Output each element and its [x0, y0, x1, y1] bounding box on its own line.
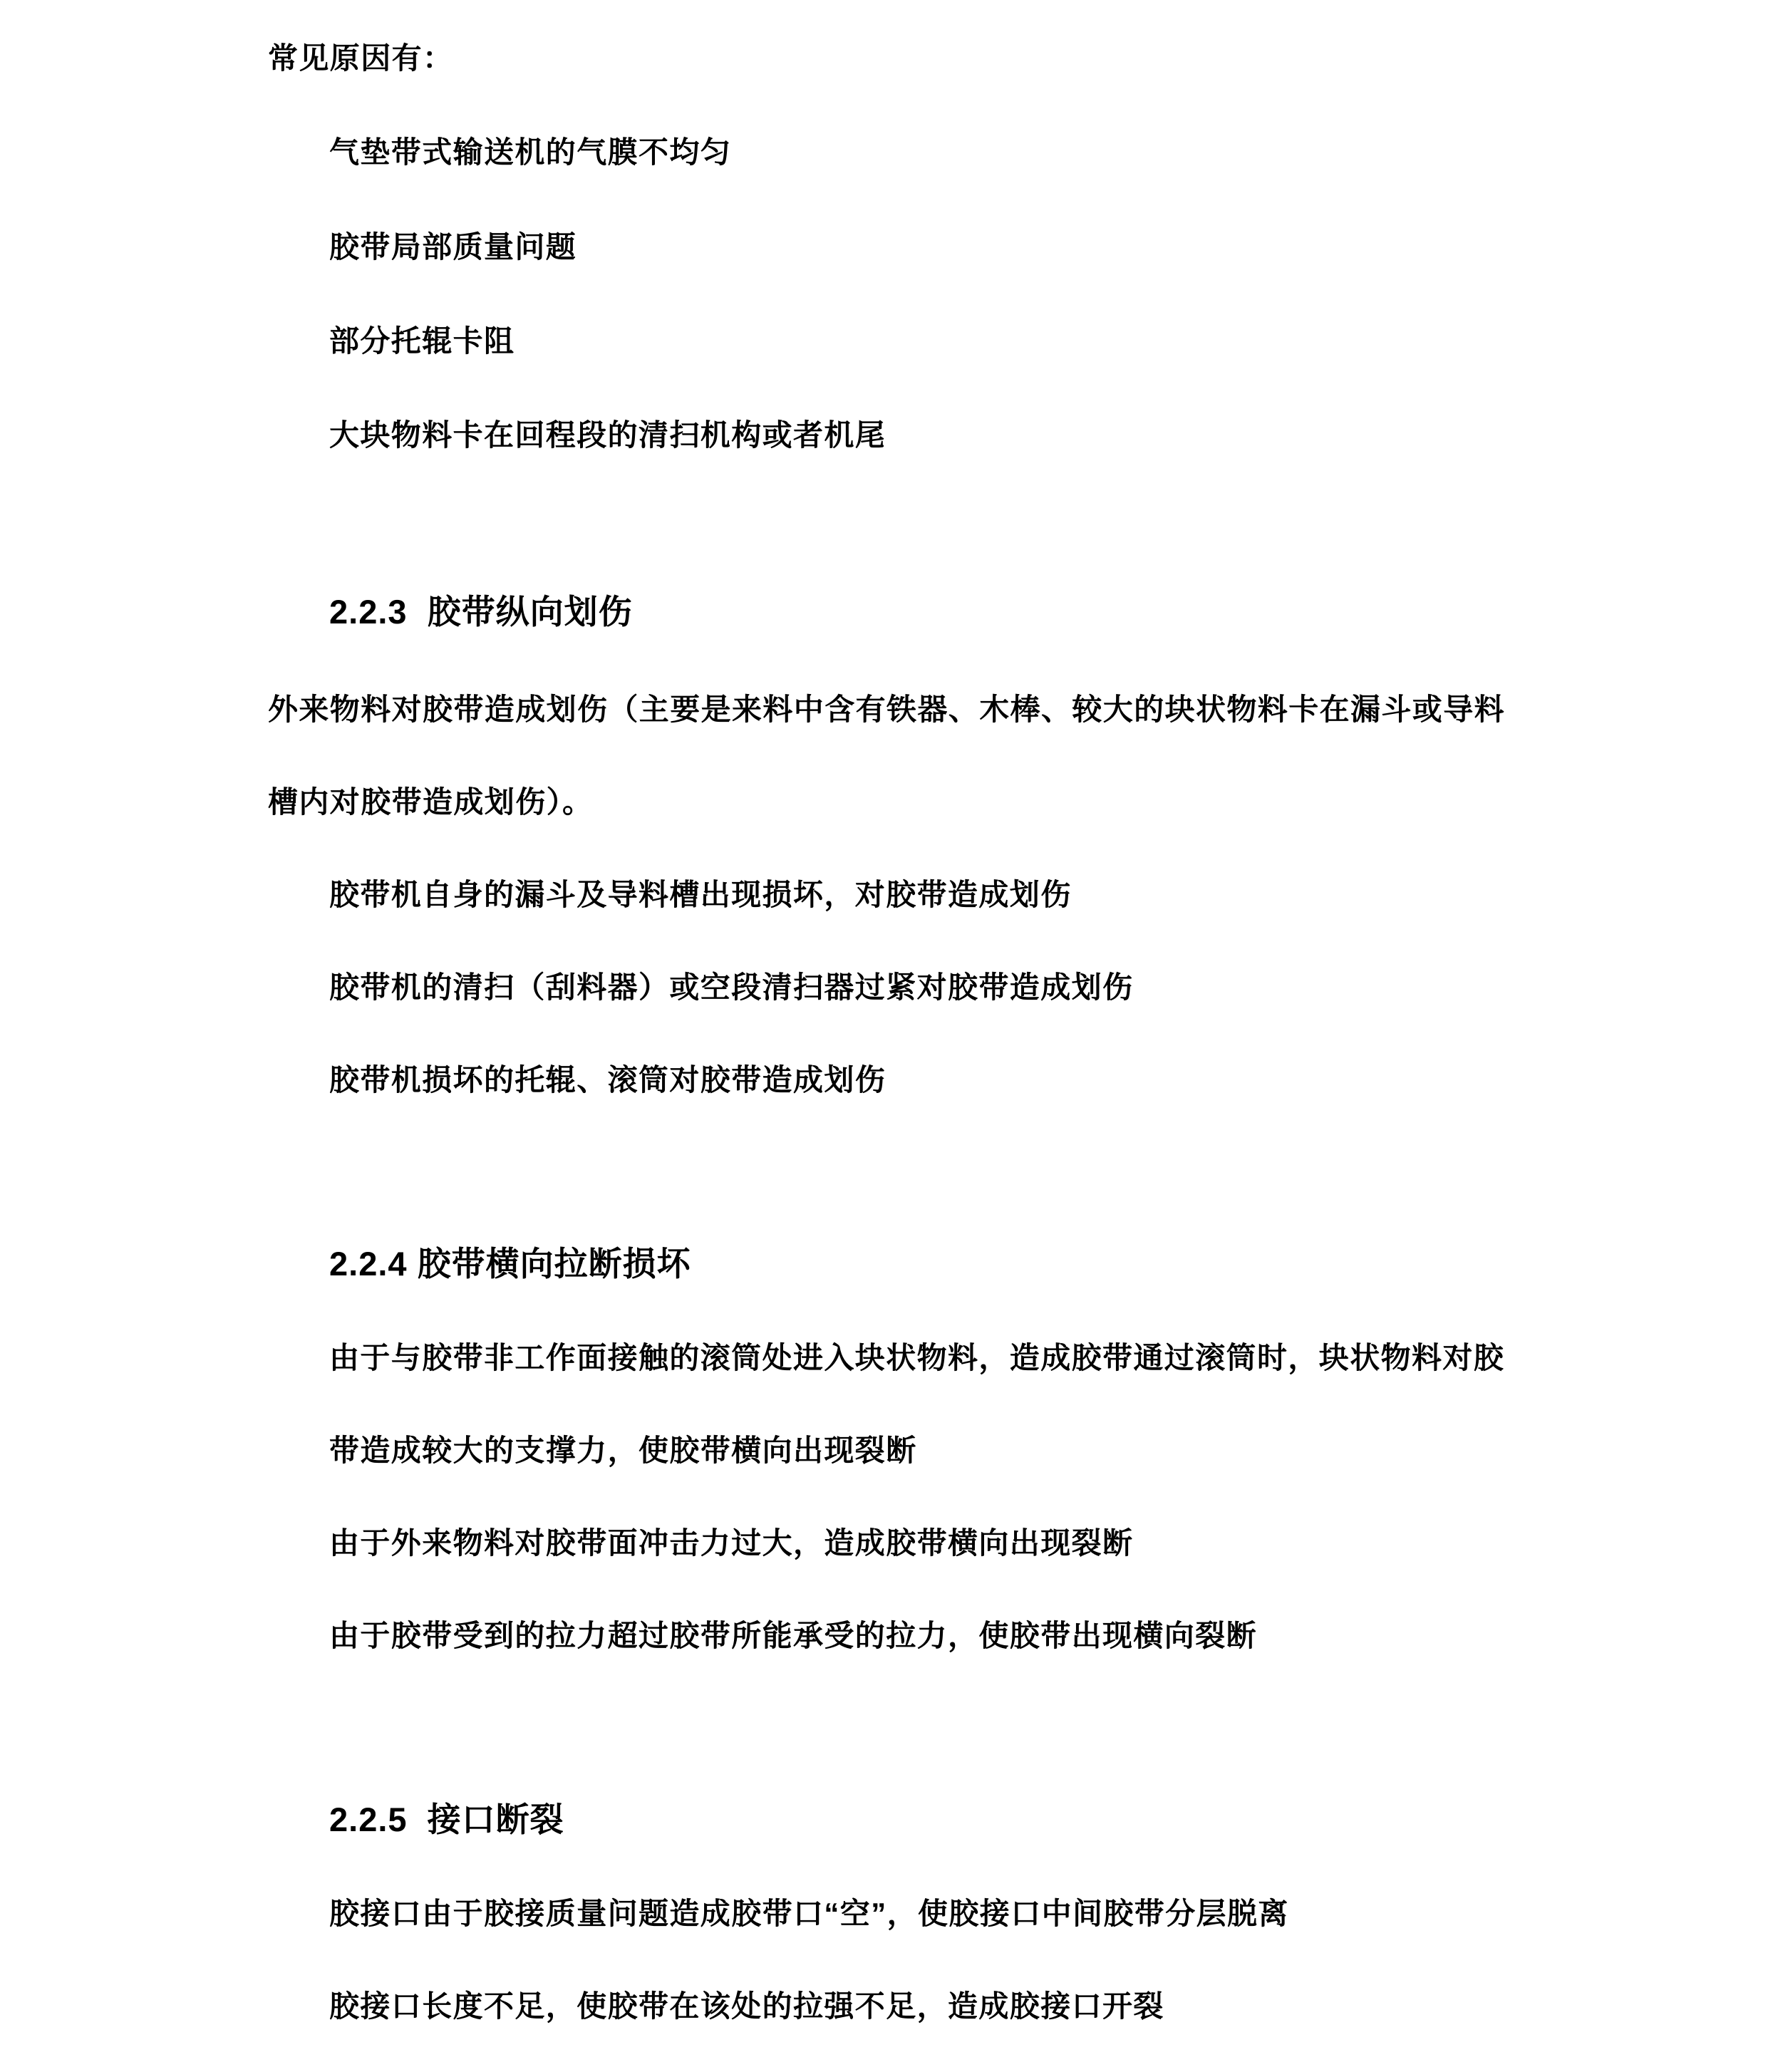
section-2-2-3-item-3: 胶带机损坏的托辊、滚筒对胶带造成划伤 — [329, 1064, 886, 1096]
section-heading-2-2-4: 2.2.4 胶带横向拉断损坏 — [329, 1246, 691, 1283]
cause-item-4: 大块物料卡在回程段的清扫机构或者机尾 — [329, 419, 886, 451]
section-2-2-3-paragraph-line-2: 槽内对胶带造成划伤）。 — [268, 786, 593, 818]
cause-item-1: 气垫带式输送机的气膜不均匀 — [329, 136, 731, 168]
document-page: 常见原因有： 气垫带式输送机的气膜不均匀 胶带局部质量问题 部分托辊卡阻 大块物… — [0, 0, 1768, 2072]
section-2-2-4-paragraph-3: 由于胶带受到的拉力超过胶带所能承受的拉力，使胶带出现横向裂断 — [329, 1620, 1257, 1652]
section-2-2-4-paragraph-2: 由于外来物料对胶带面冲击力过大，造成胶带横向出现裂断 — [329, 1527, 1133, 1559]
section-2-2-3-item-2: 胶带机的清扫（刮料器）或空段清扫器过紧对胶带造成划伤 — [329, 971, 1133, 1003]
cause-item-2: 胶带局部质量问题 — [329, 231, 577, 263]
section-heading-2-2-3: 2.2.3 胶带纵向划伤 — [329, 594, 633, 631]
section-2-2-3-item-1: 胶带机自身的漏斗及导料槽出现损坏，对胶带造成划伤 — [329, 879, 1072, 911]
section-heading-2-2-5: 2.2.5 接口断裂 — [329, 1802, 564, 1838]
section-2-2-5-paragraph-1: 胶接口由于胶接质量问题造成胶带口“空”，使胶接口中间胶带分层脱离 — [329, 1897, 1289, 1929]
section-2-2-4-paragraph-1-line-1: 由于与胶带非工作面接触的滚筒处进入块状物料，造成胶带通过滚筒时，块状物料对胶 — [329, 1342, 1504, 1374]
cause-item-3: 部分托辊卡阻 — [329, 325, 515, 357]
section-2-2-4-paragraph-1-line-2: 带造成较大的支撑力，使胶带横向出现裂断 — [329, 1434, 917, 1466]
intro-line: 常见原因有： — [268, 42, 453, 74]
section-2-2-3-paragraph-line-1: 外来物料对胶带造成划伤（主要是来料中含有铁器、木棒、较大的块状物料卡在漏斗或导料 — [268, 693, 1505, 725]
section-2-2-5-paragraph-2: 胶接口长度不足，使胶带在该处的拉强不足，造成胶接口开裂 — [329, 1990, 1164, 2022]
